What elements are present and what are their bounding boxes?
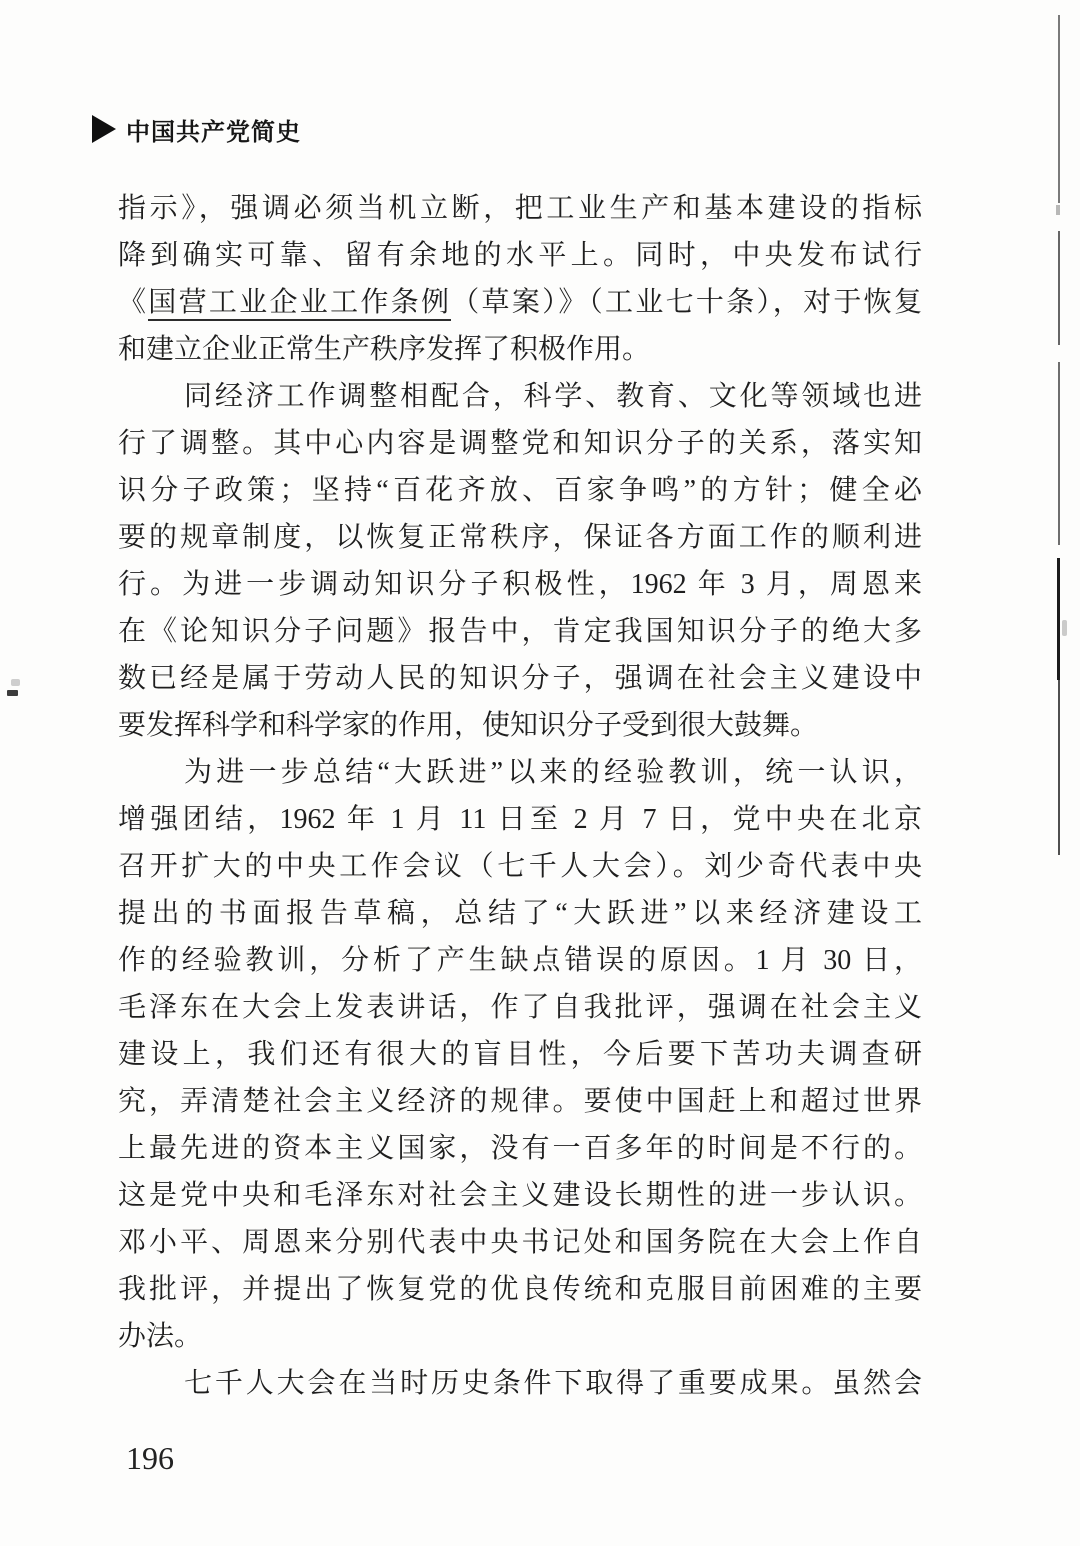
scan-artifact-vertical-line xyxy=(1058,15,1060,203)
text-line: 行。为进一步调动知识分子积极性，1962 年 3 月，周恩来 xyxy=(118,561,922,608)
text-line: 要的规章制度，以恢复正常秩序，保证各方面工作的顺利进 xyxy=(118,514,922,561)
header-book-title: 中国共产党简史 xyxy=(126,112,301,147)
scan-artifact-vertical-line xyxy=(1057,558,1060,680)
text-line: 数已经是属于劳动人民的知识分子，强调在社会主义建设中 xyxy=(118,655,922,702)
text-line: 召开扩大的中央工作会议（七千人大会）。刘少奇代表中央 xyxy=(118,843,922,890)
text-line: 毛泽东在大会上发表讲话，作了自我批评，强调在社会主义 xyxy=(118,984,922,1031)
text-line: 究，弄清楚社会主义经济的规律。要使中国赶上和超过世界 xyxy=(118,1078,922,1125)
text-line: 增强团结，1962 年 1 月 11 日至 2 月 7 日，党中央在北京 xyxy=(118,796,922,843)
scan-artifact-vertical-line xyxy=(1058,231,1060,345)
text-line: 要发挥科学和科学家的作用，使知识分子受到很大鼓舞。 xyxy=(118,702,922,749)
book-page: 中国共产党简史 指示》，强调必须当机立断，把工业生产和基本建设的指标降到确实可靠… xyxy=(0,0,1080,1546)
text-line: 这是党中央和毛泽东对社会主义建设长期性的进一步认识。 xyxy=(118,1172,922,1219)
text-line: 七千人大会在当时历史条件下取得了重要成果。虽然会 xyxy=(118,1360,922,1407)
scan-artifact-dash xyxy=(7,690,18,696)
right-triangle-icon xyxy=(92,115,116,143)
text-line: 和建立企业正常生产秩序发挥了积极作用。 xyxy=(118,326,922,373)
scan-artifact-speck xyxy=(11,679,20,686)
text-line: 同经济工作调整相配合，科学、教育、文化等领域也进 xyxy=(118,373,922,420)
text-line: 为进一步总结“大跃进”以来的经验教训，统一认识， xyxy=(118,749,922,796)
text-line: 我批评，并提出了恢复党的优良传统和克服目前困难的主要 xyxy=(118,1266,922,1313)
scan-artifact-vertical-line xyxy=(1058,680,1060,855)
page-header: 中国共产党简史 xyxy=(92,113,301,145)
text-line: 作的经验教训，分析了产生缺点错误的原因。1 月 30 日， xyxy=(118,937,922,984)
text-line: 上最先进的资本主义国家，没有一百多年的时间是不行的。 xyxy=(118,1125,922,1172)
page-number: 196 xyxy=(126,1438,174,1478)
text-line: 在《论知识分子问题》报告中，肯定我国知识分子的绝大多 xyxy=(118,608,922,655)
text-line: 行了调整。其中心内容是调整党和知识分子的关系，落实知 xyxy=(118,420,922,467)
scan-artifact-speck xyxy=(1056,205,1060,215)
text-line: 办法。 xyxy=(118,1313,922,1360)
text-line: 指示》，强调必须当机立断，把工业生产和基本建设的指标 xyxy=(118,185,922,232)
text-line: 《国营工业企业工作条例（草案）》（工业七十条），对于恢复 xyxy=(118,279,922,326)
text-line: 建设上，我们还有很大的盲目性，今后要下苦功夫调查研 xyxy=(118,1031,922,1078)
body-text: 指示》，强调必须当机立断，把工业生产和基本建设的指标降到确实可靠、留有余地的水平… xyxy=(118,185,922,1407)
text-line: 提出的书面报告草稿，总结了“大跃进”以来经济建设工 xyxy=(118,890,922,937)
underlined-title: 国营工业企业工作条例 xyxy=(148,287,451,321)
scan-artifact-speck xyxy=(1062,620,1067,636)
scan-artifact-vertical-line xyxy=(1058,362,1060,545)
text-line: 降到确实可靠、留有余地的水平上。同时，中央发布试行 xyxy=(118,232,922,279)
text-line: 邓小平、周恩来分别代表中央书记处和国务院在大会上作自 xyxy=(118,1219,922,1266)
text-line: 识分子政策；坚持“百花齐放、百家争鸣”的方针；健全必 xyxy=(118,467,922,514)
